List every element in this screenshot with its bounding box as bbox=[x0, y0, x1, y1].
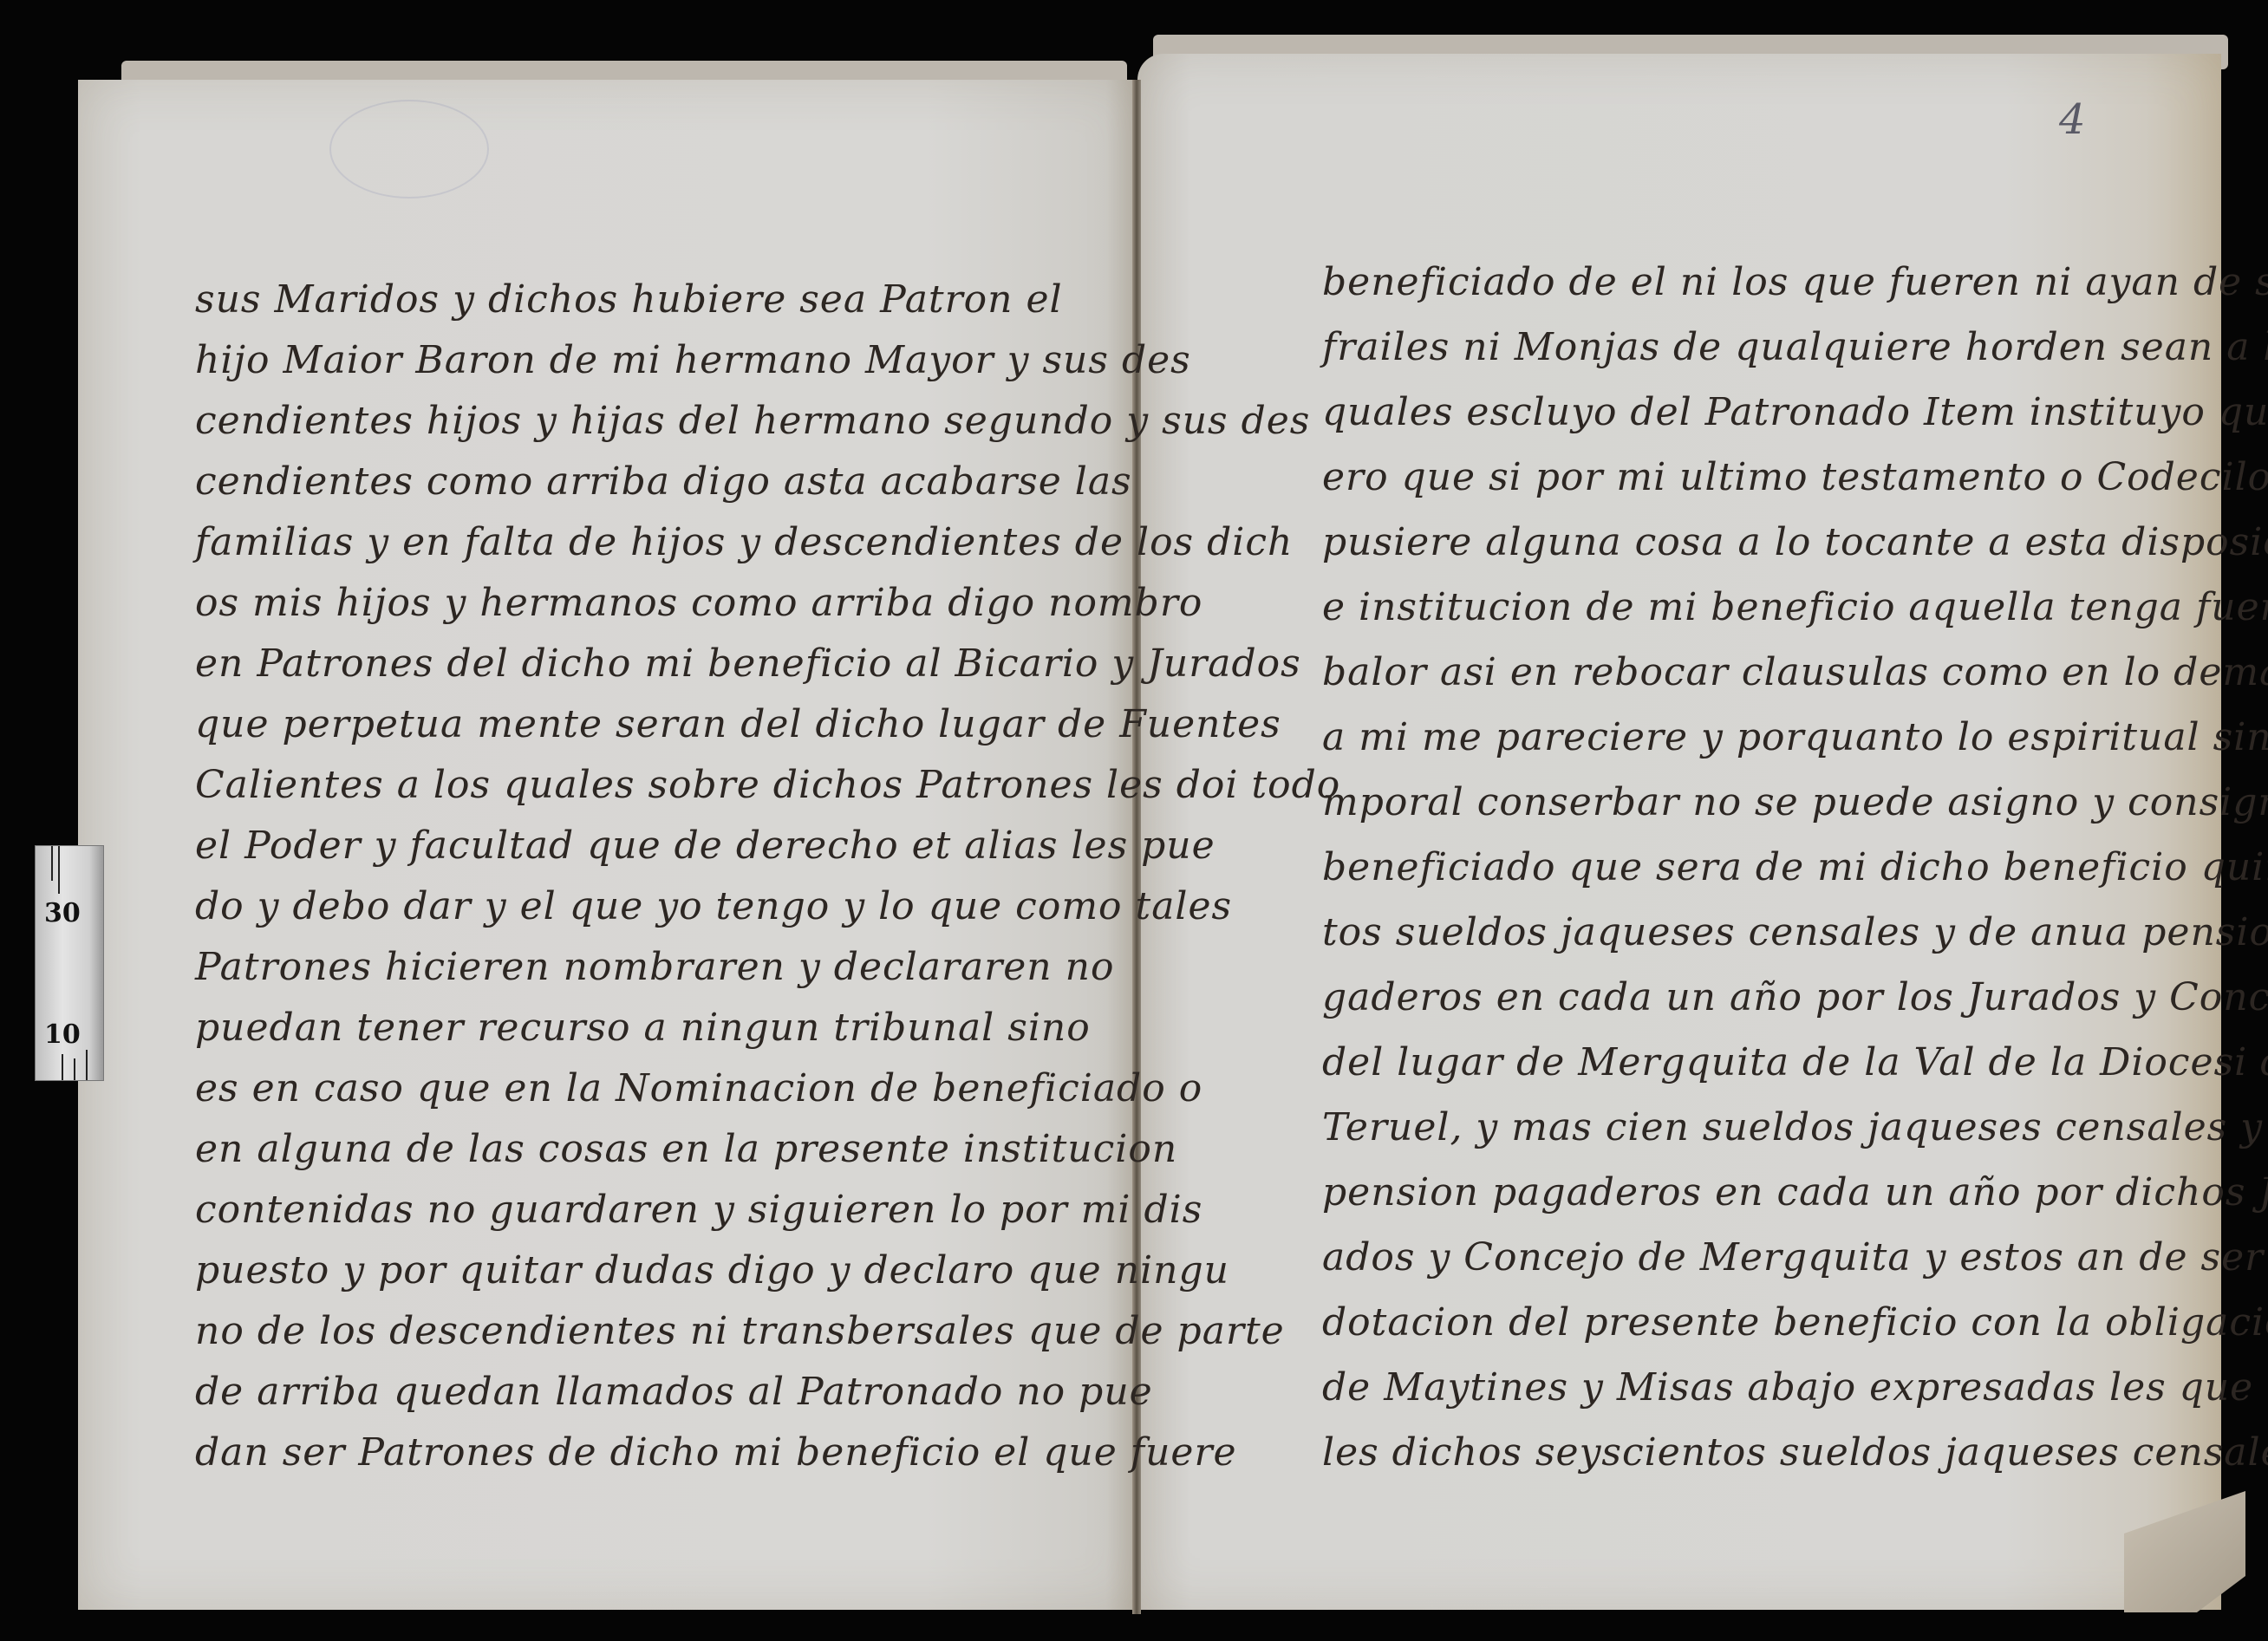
text-line: cendientes hijos y hijas del hermano seg… bbox=[195, 399, 1310, 443]
ruler-tick bbox=[58, 846, 60, 894]
text-line: Patrones hicieren nombraren y declararen… bbox=[195, 945, 1114, 989]
text-line: cendientes como arriba digo asta acabars… bbox=[195, 459, 1132, 504]
text-line: Teruel, y mas cien sueldos jaqueses cens… bbox=[1322, 1105, 2268, 1149]
text-line: puesto y por quitar dudas digo y declaro… bbox=[195, 1248, 1229, 1293]
text-line: de arriba quedan llamados al Patronado n… bbox=[195, 1370, 1153, 1414]
text-line: mporal conserbar no se puede asigno y co… bbox=[1322, 780, 2268, 824]
text-line: que perpetua mente seran del dicho lugar… bbox=[195, 702, 1281, 746]
text-line: dotacion del presente beneficio con la o… bbox=[1322, 1300, 2268, 1345]
text-line: del lugar de Mergquita de la Val de la D… bbox=[1322, 1040, 2268, 1084]
text-line: en Patrones del dicho mi beneficio al Bi… bbox=[195, 641, 1301, 686]
scale-ruler: 30 10 bbox=[35, 845, 104, 1081]
text-line: dan ser Patrones de dicho mi beneficio e… bbox=[195, 1430, 1237, 1475]
text-line: sus Maridos y dichos hubiere sea Patron … bbox=[195, 277, 1063, 322]
text-line: el Poder y facultad que de derecho et al… bbox=[195, 824, 1215, 868]
text-line: familias y en falta de hijos y descendie… bbox=[195, 520, 1293, 564]
ruler-tick bbox=[62, 1054, 63, 1080]
text-line: tos sueldos jaqueses censales y de anua … bbox=[1322, 910, 2268, 954]
text-line: pusiere alguna cosa a lo tocante a esta … bbox=[1322, 520, 2268, 564]
folio-number: 4 bbox=[2059, 95, 2086, 144]
text-line: ados y Concejo de Mergquita y estos an d… bbox=[1322, 1235, 2268, 1280]
text-line: es en caso que en la Nominacion de benef… bbox=[195, 1066, 1202, 1110]
faded-library-stamp bbox=[329, 100, 489, 199]
text-line: pension pagaderos en cada un año por dic… bbox=[1322, 1170, 2268, 1214]
text-line: contenidas no guardaren y siguieren lo p… bbox=[195, 1188, 1202, 1232]
text-line: no de los descendientes ni transbersales… bbox=[195, 1309, 1285, 1353]
text-line: do y debo dar y el que yo tengo y lo que… bbox=[195, 884, 1232, 928]
text-line: de Maytines y Misas abajo expresadas les… bbox=[1322, 1365, 2253, 1410]
text-line: les dichos seyscientos sueldos jaqueses … bbox=[1322, 1430, 2268, 1475]
text-line: hijo Maior Baron de mi hermano Mayor y s… bbox=[195, 338, 1191, 382]
text-line: Calientes a los quales sobre dichos Patr… bbox=[195, 763, 1340, 807]
text-line: beneficiado que sera de mi dicho benefic… bbox=[1322, 845, 2268, 889]
text-line: en alguna de las cosas en la presente in… bbox=[195, 1127, 1177, 1171]
text-line: gaderos en cada un año por los Jurados y… bbox=[1322, 975, 2268, 1019]
text-line: quales escluyo del Patronado Item instit… bbox=[1322, 390, 2268, 434]
text-line: puedan tener recurso a ningun tribunal s… bbox=[195, 1006, 1091, 1050]
ruler-tick bbox=[74, 1058, 75, 1080]
ruler-tick bbox=[51, 846, 53, 881]
text-line: e institucion de mi beneficio aquella te… bbox=[1322, 585, 2268, 629]
text-line: beneficiado de el ni los que fueren ni a… bbox=[1322, 260, 2268, 304]
ruler-label: 30 bbox=[44, 898, 81, 928]
text-line: a mi me pareciere y porquanto lo espirit… bbox=[1322, 715, 2268, 759]
text-line: frailes ni Monjas de qualquiere horden s… bbox=[1322, 325, 2268, 369]
text-line: ero que si por mi ultimo testamento o Co… bbox=[1322, 455, 2268, 499]
text-line: balor asi en rebocar clausulas como en l… bbox=[1322, 650, 2268, 694]
text-line: os mis hijos y hermanos como arriba digo… bbox=[195, 581, 1202, 625]
ruler-label: 10 bbox=[44, 1019, 81, 1050]
ruler-tick bbox=[86, 1050, 88, 1080]
